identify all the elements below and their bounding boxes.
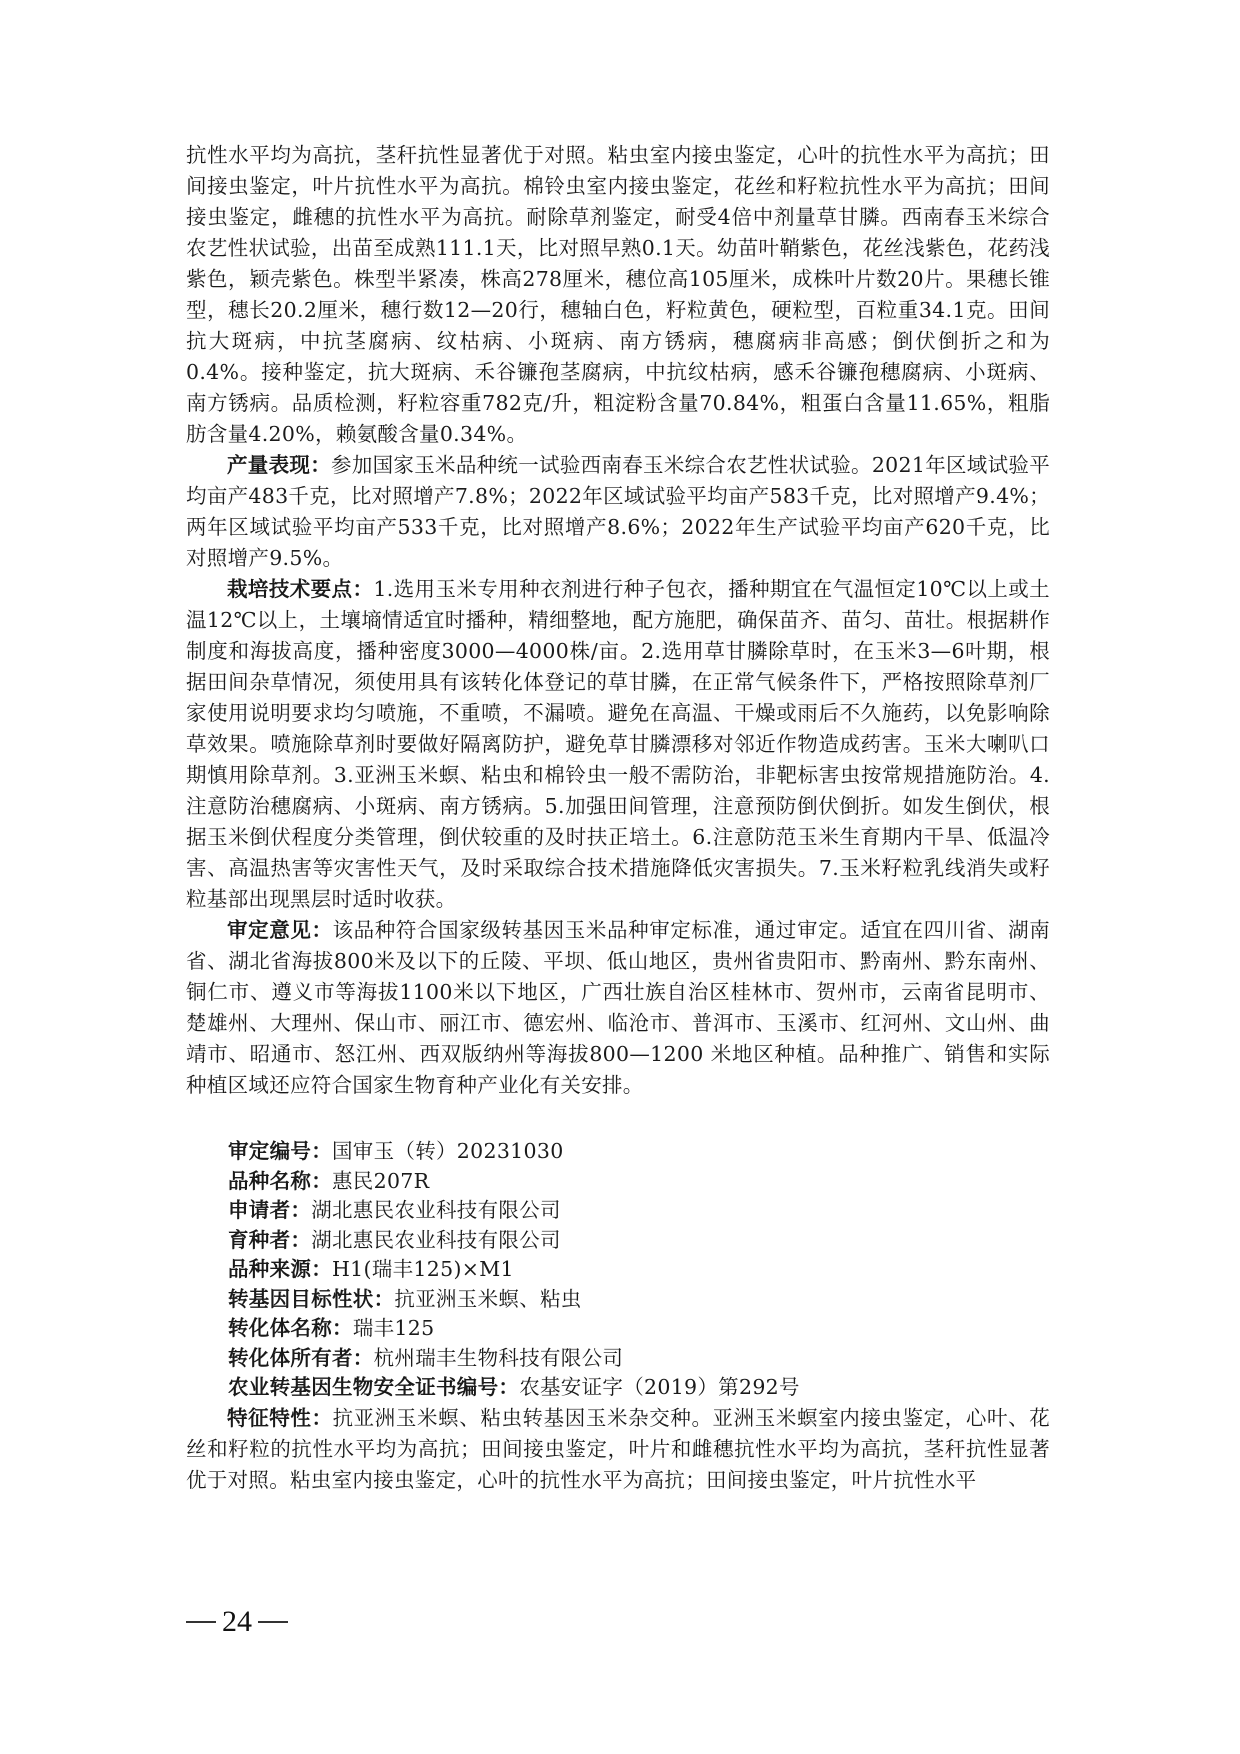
dash-left — [186, 1621, 216, 1623]
field-approval-number: 审定编号：国审玉（转）20231030 — [228, 1137, 1050, 1167]
field-biosafety-certificate: 农业转基因生物安全证书编号：农基安证字（2019）第292号 — [228, 1373, 1050, 1403]
approval-opinion-label: 审定意见： — [227, 918, 333, 942]
variety-record: 审定编号：国审玉（转）20231030 品种名称：惠民207R 申请者：湖北惠民… — [186, 1137, 1050, 1403]
field-value: 杭州瑞丰生物科技有限公司 — [374, 1346, 624, 1370]
field-value: H1(瑞丰125)×M1 — [332, 1257, 514, 1281]
field-value: 国审玉（转）20231030 — [332, 1139, 564, 1163]
field-variety-name: 品种名称：惠民207R — [228, 1167, 1050, 1197]
field-value: 湖北惠民农业科技有限公司 — [311, 1198, 561, 1222]
field-label: 品种来源： — [228, 1257, 332, 1281]
field-value: 瑞丰125 — [353, 1316, 435, 1340]
field-label: 转基因目标性状： — [228, 1287, 394, 1311]
field-label: 审定编号： — [228, 1139, 332, 1163]
field-value: 湖北惠民农业科技有限公司 — [311, 1228, 561, 1252]
page-number: 24 — [186, 1605, 288, 1639]
cultivation-label: 栽培技术要点： — [227, 577, 373, 601]
field-value: 农基安证字（2019）第292号 — [519, 1375, 800, 1399]
page-number-value: 24 — [222, 1605, 252, 1639]
field-target-trait: 转基因目标性状：抗亚洲玉米螟、粘虫 — [228, 1285, 1050, 1315]
field-value: 抗亚洲玉米螟、粘虫 — [394, 1287, 581, 1311]
field-applicant: 申请者：湖北惠民农业科技有限公司 — [228, 1196, 1050, 1226]
field-label: 申请者： — [228, 1198, 311, 1222]
approval-opinion-text: 该品种符合国家级转基因玉米品种审定标准，通过审定。适宜在四川省、湖南省、湖北省海… — [186, 918, 1050, 1097]
field-label: 转化体所有者： — [228, 1346, 374, 1370]
yield-label: 产量表现： — [227, 453, 331, 477]
dash-right — [258, 1621, 288, 1623]
field-event-owner: 转化体所有者：杭州瑞丰生物科技有限公司 — [228, 1344, 1050, 1374]
continuation-paragraph: 抗性水平均为高抗，茎秆抗性显著优于对照。粘虫室内接虫鉴定，心叶的抗性水平为高抗；… — [186, 140, 1050, 450]
cultivation-section: 栽培技术要点：1.选用玉米专用种衣剂进行种子包衣，播种期宜在气温恒定10℃以上或… — [186, 574, 1050, 915]
field-label: 品种名称： — [228, 1169, 332, 1193]
field-label: 转化体名称： — [228, 1316, 353, 1340]
approval-opinion-section: 审定意见：该品种符合国家级转基因玉米品种审定标准，通过审定。适宜在四川省、湖南省… — [186, 915, 1050, 1101]
field-value: 惠民207R — [332, 1169, 429, 1193]
characteristics-label: 特征特性： — [227, 1406, 333, 1430]
field-label: 育种者： — [228, 1228, 311, 1252]
cultivation-text: 1.选用玉米专用种衣剂进行种子包衣，播种期宜在气温恒定10℃以上或土温12℃以上… — [186, 577, 1050, 911]
field-variety-source: 品种来源：H1(瑞丰125)×M1 — [228, 1255, 1050, 1285]
field-breeder: 育种者：湖北惠民农业科技有限公司 — [228, 1226, 1050, 1256]
document-page: 抗性水平均为高抗，茎秆抗性显著优于对照。粘虫室内接虫鉴定，心叶的抗性水平为高抗；… — [186, 140, 1050, 1496]
characteristics-section: 特征特性：抗亚洲玉米螟、粘虫转基因玉米杂交种。亚洲玉米螟室内接虫鉴定，心叶、花丝… — [186, 1403, 1050, 1496]
yield-section: 产量表现：参加国家玉米品种统一试验西南春玉米综合农艺性状试验。2021年区域试验… — [186, 450, 1050, 574]
section-spacer — [186, 1101, 1050, 1137]
field-label: 农业转基因生物安全证书编号： — [228, 1375, 519, 1399]
field-event-name: 转化体名称：瑞丰125 — [228, 1314, 1050, 1344]
